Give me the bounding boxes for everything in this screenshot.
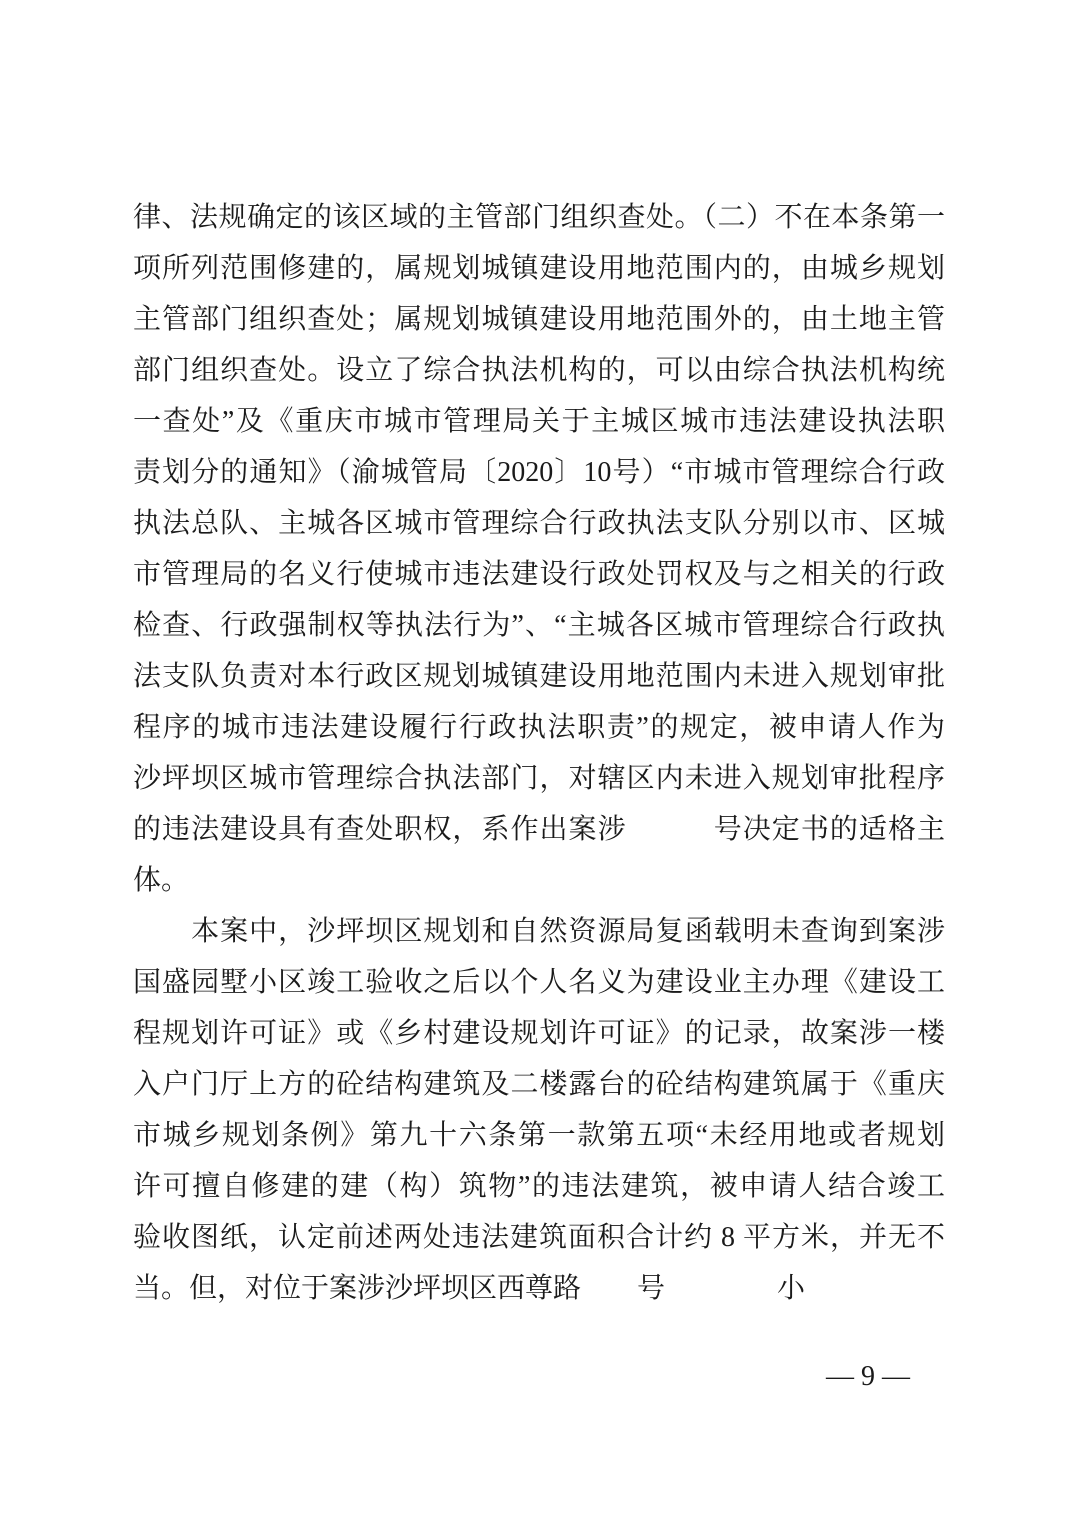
text-line: 检查、行政强制权等执法行为”、“主城各区城市管理综合行政执 [133,600,945,651]
text-line: 本案中，沙坪坝区规划和自然资源局复函载明未查询到案涉 [133,906,945,957]
text-line: 的违法建设具有查处职权，系作出案涉 号决定书的适格主 [133,804,945,855]
text-line: 法支队负责对本行政区规划城镇建设用地范围内未进入规划审批 [133,651,945,702]
text-line: 入户门厅上方的砼结构建筑及二楼露台的砼结构建筑属于《重庆 [133,1059,945,1110]
text-line: 部门组织查处。设立了综合执法机构的，可以由综合执法机构统 [133,345,945,396]
text-line: 市城乡规划条例》第九十六条第一款第五项“未经用地或者规划 [133,1110,945,1161]
text-line: 市管理局的名义行使城市违法建设行政处罚权及与之相关的行政 [133,549,945,600]
text-line: 执法总队、主城各区城市管理综合行政执法支队分别以市、区城 [133,498,945,549]
page-number: — 9 — [826,1356,910,1398]
text-line: 验收图纸，认定前述两处违法建筑面积合计约 8 平方米，并无不 [133,1212,945,1263]
text-line: 主管部门组织查处；属规划城镇建设用地范围外的，由土地主管 [133,294,945,345]
text-line: 程规划许可证》或《乡村建设规划许可证》的记录，故案涉一楼 [133,1008,945,1059]
text-block: 律、法规确定的该区域的主管部门组织查处。（二）不在本条第一 项所列范围修建的，属… [133,192,945,1314]
text-line: 项所列范围修建的，属规划城镇建设用地范围内的，由城乡规划 [133,243,945,294]
text-line: 体。 [133,855,945,906]
text-line: 沙坪坝区城市管理综合执法部门，对辖区内未进入规划审批程序 [133,753,945,804]
document-page: 律、法规确定的该区域的主管部门组织查处。（二）不在本条第一 项所列范围修建的，属… [0,0,1074,1520]
text-line: 当。但，对位于案涉沙坪坝区西尊路 号 小 [133,1263,945,1314]
text-line: 责划分的通知》（渝城管局〔2020〕10号）“市城市管理综合行政 [133,447,945,498]
text-line: 律、法规确定的该区域的主管部门组织查处。（二）不在本条第一 [133,192,945,243]
text-line: 国盛园墅小区竣工验收之后以个人名义为建设业主办理《建设工 [133,957,945,1008]
paragraph-1: 律、法规确定的该区域的主管部门组织查处。（二）不在本条第一 项所列范围修建的，属… [133,192,945,906]
text-line: 许可擅自修建的建（构）筑物”的违法建筑，被申请人结合竣工 [133,1161,945,1212]
text-line: 程序的城市违法建设履行行政执法职责”的规定，被申请人作为 [133,702,945,753]
text-line: 一查处”及《重庆市城市管理局关于主城区城市违法建设执法职 [133,396,945,447]
paragraph-2: 本案中，沙坪坝区规划和自然资源局复函载明未查询到案涉 国盛园墅小区竣工验收之后以… [133,906,945,1314]
